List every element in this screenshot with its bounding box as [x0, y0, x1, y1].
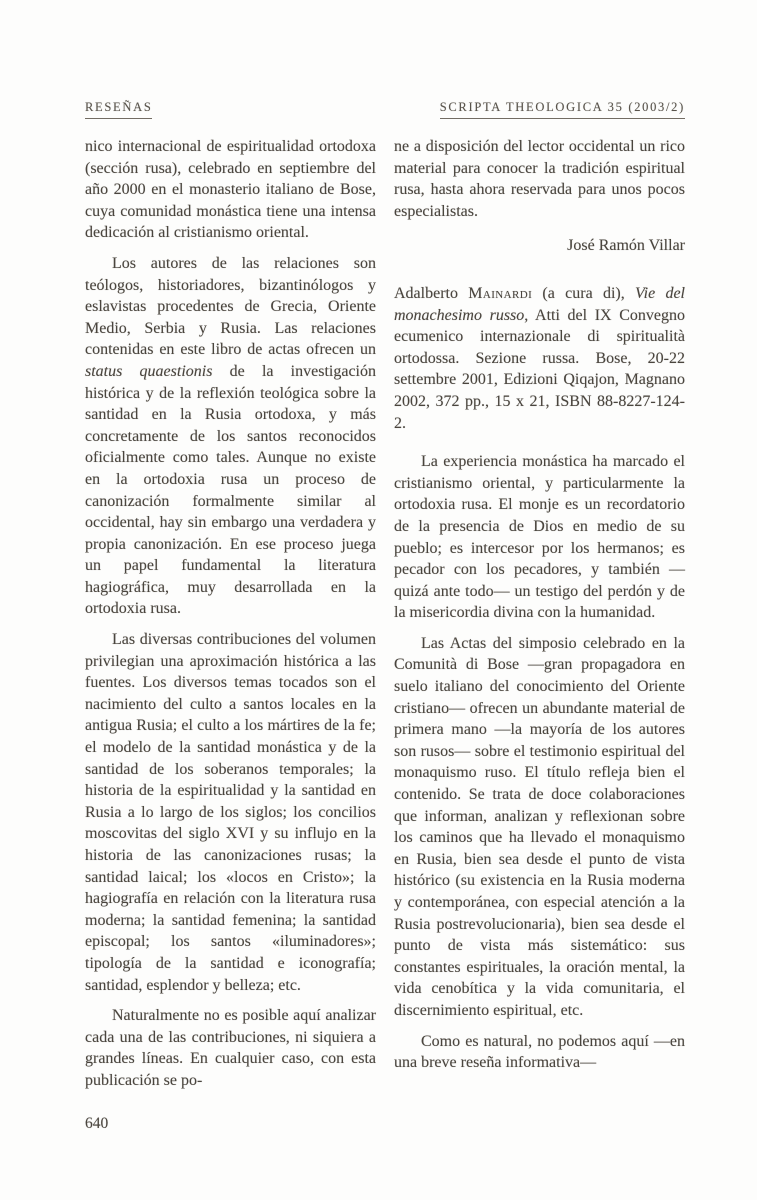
two-column-text-block: nico internacional de espiritualidad ort… — [85, 136, 685, 1101]
page-number: 640 — [85, 1115, 108, 1133]
reviewer-signature: José Ramón Villar — [394, 235, 685, 257]
right-column: ne a disposición del lector occidental u… — [394, 136, 685, 1101]
scanned-journal-page: RESEÑAS SCRIPTA THEOLOGICA 35 (2003/2) n… — [0, 0, 757, 1200]
body-paragraph: Los autores de las relaciones son teólog… — [85, 253, 376, 620]
body-paragraph: ne a disposición del lector occidental u… — [394, 136, 685, 222]
left-column: nico internacional de espiritualidad ort… — [85, 136, 376, 1101]
body-paragraph: Las diversas contribuciones del volumen … — [85, 629, 376, 996]
book-citation: Adalberto Mainardi (a cura di), Vie del … — [394, 283, 685, 434]
body-paragraph: La experiencia monástica ha marcado el c… — [394, 451, 685, 624]
body-paragraph: Las Actas del simposio celebrado en la C… — [394, 633, 685, 1022]
body-paragraph: Como es natural, no podemos aquí —en una… — [394, 1031, 685, 1074]
body-paragraph: nico internacional de espiritualidad ort… — [85, 136, 376, 244]
running-header: RESEÑAS SCRIPTA THEOLOGICA 35 (2003/2) — [85, 100, 685, 119]
journal-title-header: SCRIPTA THEOLOGICA 35 (2003/2) — [440, 100, 685, 119]
section-header-resenas: RESEÑAS — [85, 100, 152, 119]
body-paragraph: Naturalmente no es posible aquí analizar… — [85, 1005, 376, 1091]
